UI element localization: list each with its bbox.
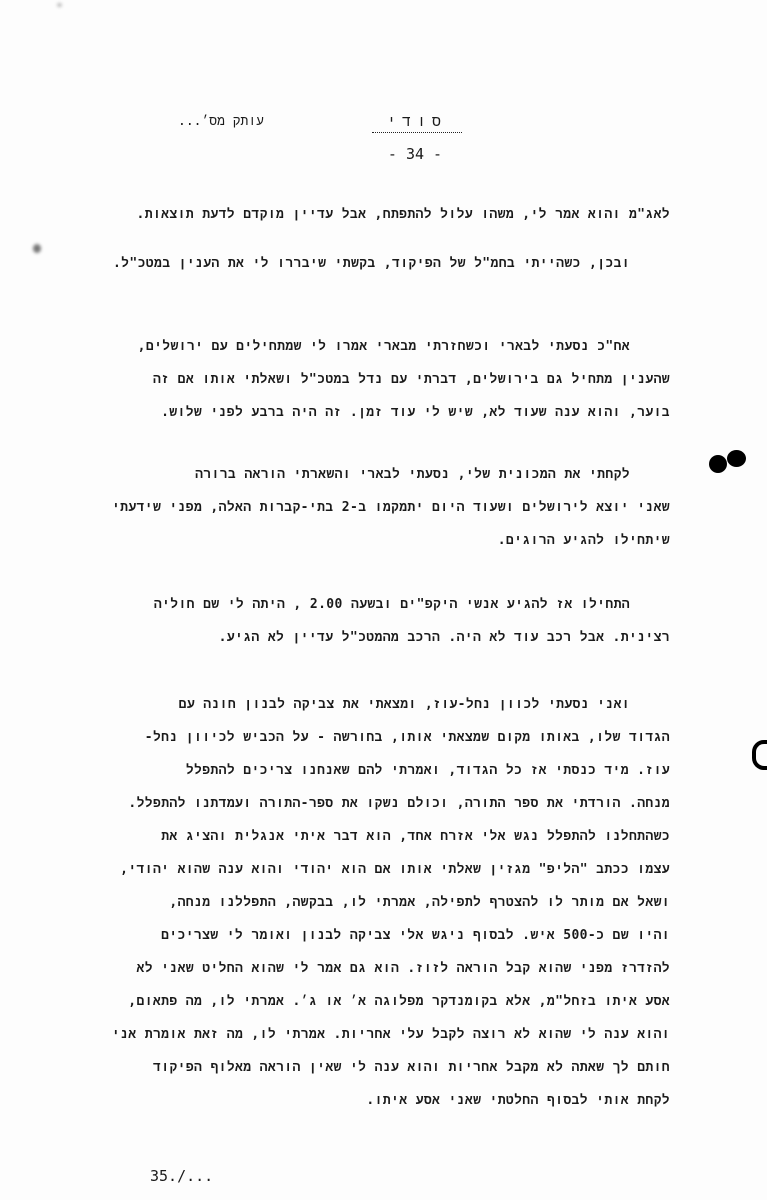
text-line: אח"כ נסעתי לבארי וכשחזרתי מבארי אמרו לי … (120, 330, 670, 363)
smudge-mark (57, 3, 62, 7)
punch-hole-mark (752, 740, 767, 770)
text-line: לאג"מ והוא אמר לי, משהו עלול להתפתח, אבל… (120, 198, 670, 231)
paragraph: לקחתי את המכונית שלי, נסעתי לבארי והשארת… (120, 458, 670, 557)
document-page: סודי עותק מס׳... - 34 - לאג"מ והוא אמר ל… (0, 0, 767, 1200)
smudge-mark (33, 244, 41, 253)
text-line: התחילו אז להגיע אנשי היקפ"ים ובשעה 2.00 … (120, 588, 670, 621)
text-line: להזדרז מפני שהוא קבל הוראה לזוז. הוא גם … (120, 952, 670, 985)
text-line: שאני יוצא לירושלים ושעוד היום יתמקמו ב-2… (120, 491, 670, 524)
text-line: כשהתחלנו להתפלל נגש אלי אזרח אחד, הוא דב… (120, 820, 670, 853)
text-line: שיתחילו להגיע הרוגים. (120, 524, 670, 557)
page-number: - 34 - (370, 145, 460, 163)
continuation-marker: 35./... (150, 1167, 213, 1185)
text-line: לקחתי את המכונית שלי, נסעתי לבארי והשארת… (120, 458, 670, 491)
text-line: והוא ענה לי שהוא לא רוצה לקבל עלי אחריות… (120, 1018, 670, 1051)
ink-blot-mark (709, 455, 727, 473)
text-line: שהענין מתחיל גם בירושלים, דברתי עם נדל ב… (120, 363, 670, 396)
text-line: מנחה. הורדתי את ספר התורה, וכולם נשקו את… (120, 787, 670, 820)
text-line: ובכן, כשהייתי בחמ"ל של הפיקוד, בקשתי שיב… (120, 247, 670, 280)
text-line: ושאל אם מותר לו להצטרף לתפילה, אמרתי לו,… (120, 886, 670, 919)
text-line: הגדוד שלו, באותו מקום שמצאתי אותו, בחורש… (120, 721, 670, 754)
text-line: עצמו ככתב "הליפ" מגזין שאלתי אותו אם הוא… (120, 853, 670, 886)
text-line: ואני נסעתי לכוון נחל-עוז, ומצאתי את צביק… (120, 688, 670, 721)
paragraph: התחילו אז להגיע אנשי היקפ"ים ובשעה 2.00 … (120, 588, 670, 654)
paragraph: לאג"מ והוא אמר לי, משהו עלול להתפתח, אבל… (120, 198, 670, 231)
text-line: אסע איתו בזחל"מ, אלא בקומנדקר מפלוגה א׳ … (120, 985, 670, 1018)
paragraph: אח"כ נסעתי לבארי וכשחזרתי מבארי אמרו לי … (120, 330, 670, 429)
text-line: והיו שם כ-500 איש. לבסוף ניגש אלי צביקה … (120, 919, 670, 952)
text-line: לקחת אותי לבסוף החלטתי שאני אסע איתו. (120, 1084, 670, 1117)
text-line: עוז. מיד כנסתי אז כל הגדוד, ואמרתי להם ש… (120, 754, 670, 787)
paragraph: ובכן, כשהייתי בחמ"ל של הפיקוד, בקשתי שיב… (120, 247, 670, 280)
ink-blot-mark (727, 450, 746, 467)
text-line: רצינית. אבל רכב עוד לא היה. הרכב מהמטכ"ל… (120, 621, 670, 654)
text-line: חותם לך שאתה לא מקבל אחריות והוא ענה לי … (120, 1051, 670, 1084)
classification-stamp: סודי (372, 112, 462, 133)
text-line: בוער, והוא ענה שעוד לא, שיש לי עוד זמן. … (120, 396, 670, 429)
paragraph: ואני נסעתי לכוון נחל-עוז, ומצאתי את צביק… (120, 688, 670, 1117)
copy-number-label: עותק מס׳... (178, 114, 288, 129)
